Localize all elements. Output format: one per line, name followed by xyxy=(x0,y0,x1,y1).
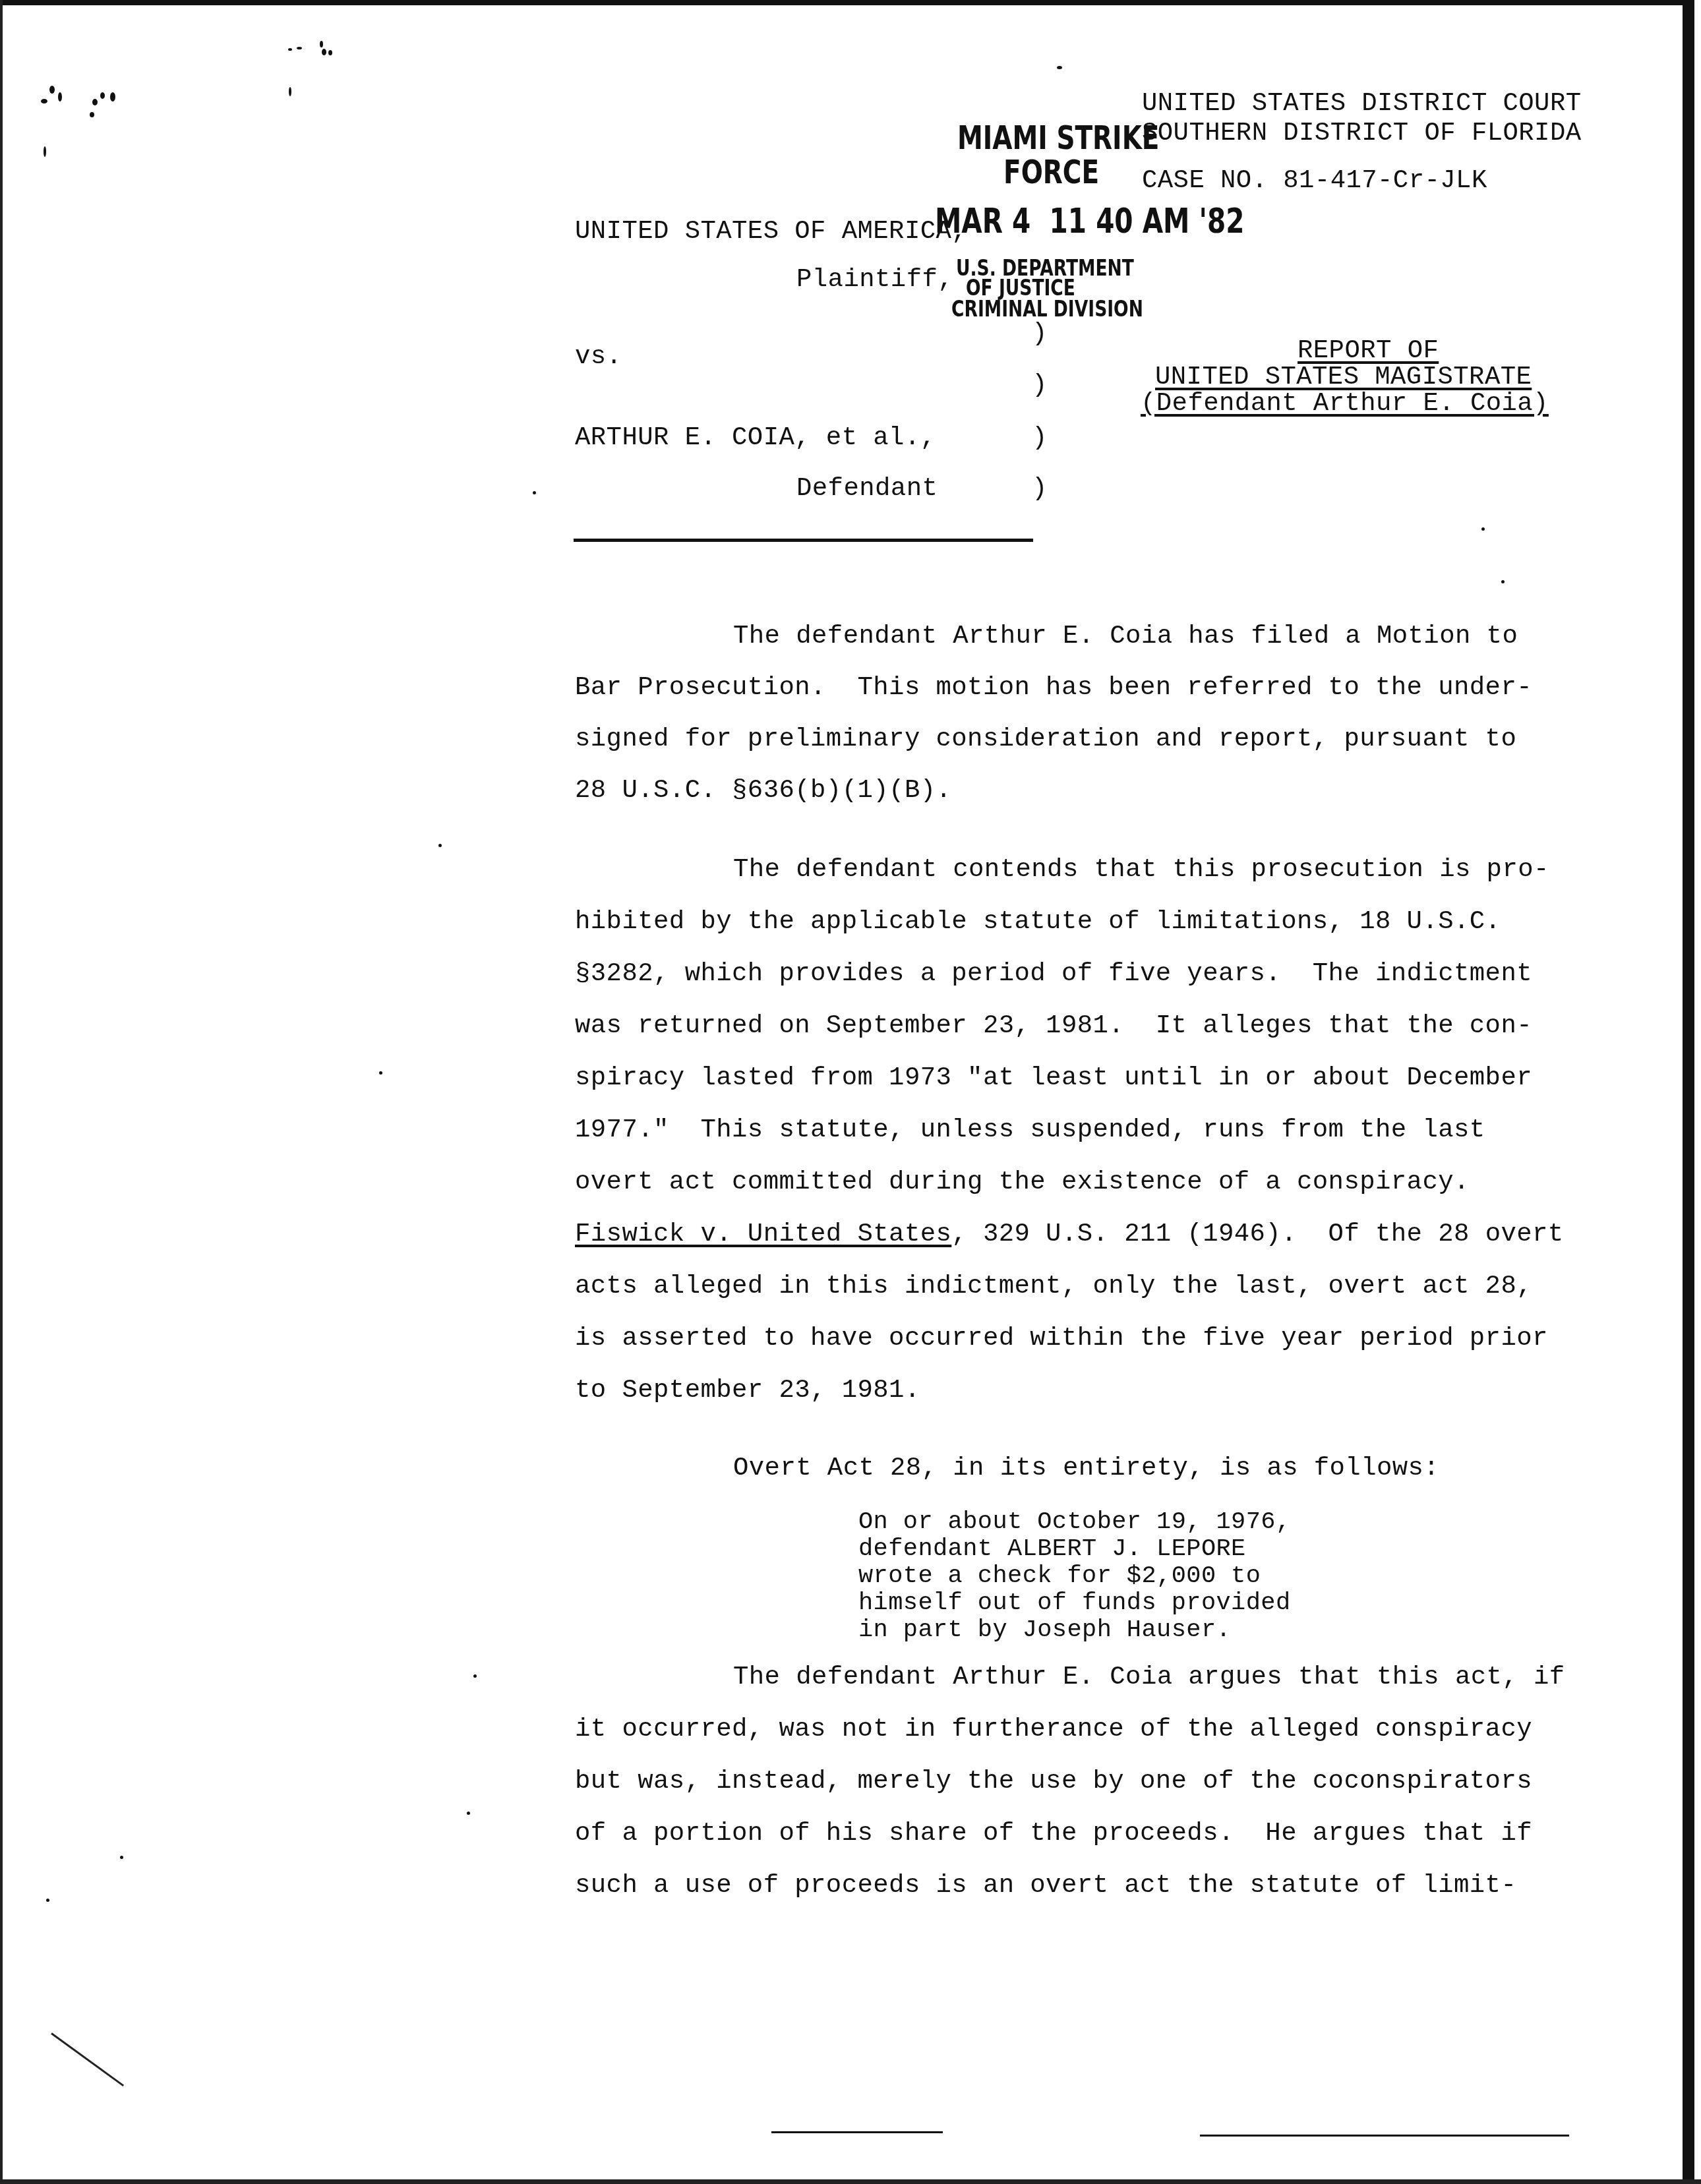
stamp-received-date: MAR 4 11 40 AM '82 xyxy=(935,204,1244,239)
overt-act-quote-line: in part by Joseph Hauser. xyxy=(858,1618,1231,1643)
scan-speck xyxy=(90,112,94,117)
overt-act-quote-line: wrote a check for $2,000 to xyxy=(858,1564,1261,1589)
scan-speck xyxy=(49,86,55,94)
scan-speck xyxy=(1481,527,1485,531)
report-title-line2: UNITED STATES MAGISTRATE xyxy=(1155,365,1532,390)
scan-speck xyxy=(92,99,98,105)
overt-act-quote-line: defendant ALBERT J. LEPORE xyxy=(858,1537,1246,1562)
citation-rest: , 329 U.S. 211 (1946). Of the 28 overt xyxy=(951,1220,1563,1249)
paragraph1-line: signed for preliminary consideration and… xyxy=(575,726,1516,752)
overt-act-quote-line: On or about October 19, 1976, xyxy=(858,1510,1291,1535)
scan-speck xyxy=(288,48,292,51)
document-page: UNITED STATES DISTRICT COURT SOUTHERN DI… xyxy=(0,0,1701,2184)
paragraph3-line: of a portion of his share of the proceed… xyxy=(575,1821,1532,1846)
overt-act-intro: Overt Act 28, in its entirety, is as fol… xyxy=(733,1456,1439,1481)
paragraph2-line: is asserted to have occurred within the … xyxy=(575,1326,1548,1351)
paragraph2-line: was returned on September 23, 1981. It a… xyxy=(575,1013,1532,1039)
scan-edge-right xyxy=(1683,0,1694,2184)
scan-speck xyxy=(44,146,46,157)
scan-scratch xyxy=(51,2032,124,2086)
defendant-role: Defendant xyxy=(796,476,938,502)
paragraph1-line: 28 U.S.C. §636(b)(1)(B). xyxy=(575,778,951,804)
scan-speck xyxy=(467,1812,470,1815)
scan-speck xyxy=(533,491,536,494)
defendant-name: ARTHUR E. COIA, et al., xyxy=(575,425,936,451)
versus-label: vs. xyxy=(575,344,622,370)
paragraph2-line: overt act committed during the existence… xyxy=(575,1169,1470,1195)
scan-edge-bottom xyxy=(0,2179,1701,2184)
caption-bracket: ) xyxy=(1032,321,1048,347)
paragraph3-line: The defendant Arthur E. Coia argues that… xyxy=(733,1665,1565,1690)
paragraph2-line: acts alleged in this indictment, only th… xyxy=(575,1274,1532,1299)
paragraph2-line: to September 23, 1981. xyxy=(575,1378,920,1403)
scan-speck xyxy=(328,50,332,55)
case-number: CASE NO. 81-417-Cr-JLK xyxy=(1142,168,1487,194)
stamp-dept-line3: CRIMINAL DIVISION xyxy=(951,298,1143,320)
stamp-force: FORCE xyxy=(1003,156,1099,189)
paragraph3-line: it occurred, was not in furtherance of t… xyxy=(575,1717,1532,1742)
scan-speck xyxy=(46,1899,49,1902)
court-name: UNITED STATES DISTRICT COURT xyxy=(1142,91,1582,117)
case-citation: Fiswick v. United States xyxy=(575,1220,951,1249)
scan-speck xyxy=(322,49,326,55)
paragraph2-line: 1977." This statute, unless suspended, r… xyxy=(575,1117,1485,1143)
paragraph3-line: but was, instead, merely the use by one … xyxy=(575,1769,1532,1794)
paragraph2-line: Fiswick v. United States, 329 U.S. 211 (… xyxy=(575,1222,1564,1247)
caption-bracket: ) xyxy=(1032,372,1048,398)
paragraph3-line: such a use of proceeds is an overt act t… xyxy=(575,1873,1516,1899)
scan-speck xyxy=(473,1674,477,1678)
scan-speck xyxy=(110,92,115,102)
paragraph2-line: The defendant contends that this prosecu… xyxy=(733,857,1549,883)
overt-act-quote-line: himself out of funds provided xyxy=(858,1591,1291,1616)
plaintiff-role: Plaintiff, xyxy=(796,267,953,293)
scan-speck xyxy=(297,47,302,49)
scan-edge-top xyxy=(0,0,1688,5)
plaintiff-name: UNITED STATES OF AMERICA, xyxy=(575,219,967,245)
paragraph1-line: Bar Prosecution. This motion has been re… xyxy=(575,675,1532,701)
scan-edge-mark xyxy=(771,2131,943,2133)
scan-speck xyxy=(320,41,323,47)
scan-speck xyxy=(120,1856,123,1859)
paragraph1-line: The defendant Arthur E. Coia has filed a… xyxy=(733,624,1518,649)
scan-edge-mark xyxy=(1200,2135,1569,2137)
caption-bracket: ) xyxy=(1032,476,1048,502)
scan-speck xyxy=(1501,580,1505,583)
scan-speck xyxy=(1057,66,1062,69)
court-district: SOUTHERN DISTRICT OF FLORIDA xyxy=(1142,121,1582,146)
paragraph2-line: spiracy lasted from 1973 "at least until… xyxy=(575,1065,1532,1091)
report-title-line3: (Defendant Arthur E. Coia) xyxy=(1141,391,1549,417)
scan-edge-left xyxy=(0,0,3,2184)
paragraph2-line: hibited by the applicable statute of lim… xyxy=(575,909,1501,935)
caption-rule xyxy=(574,539,1033,542)
caption-bracket: ) xyxy=(1032,425,1048,451)
scan-speck xyxy=(438,844,442,847)
scan-speck xyxy=(289,87,291,96)
scan-speck xyxy=(41,99,47,103)
paragraph2-line: §3282, which provides a period of five y… xyxy=(575,961,1532,987)
scan-speck xyxy=(58,92,62,102)
stamp-miami-strike: MIAMI STRIKE xyxy=(957,121,1160,154)
report-title-line1: REPORT OF xyxy=(1298,338,1439,364)
scan-speck xyxy=(379,1071,382,1075)
scan-speck xyxy=(100,92,105,99)
